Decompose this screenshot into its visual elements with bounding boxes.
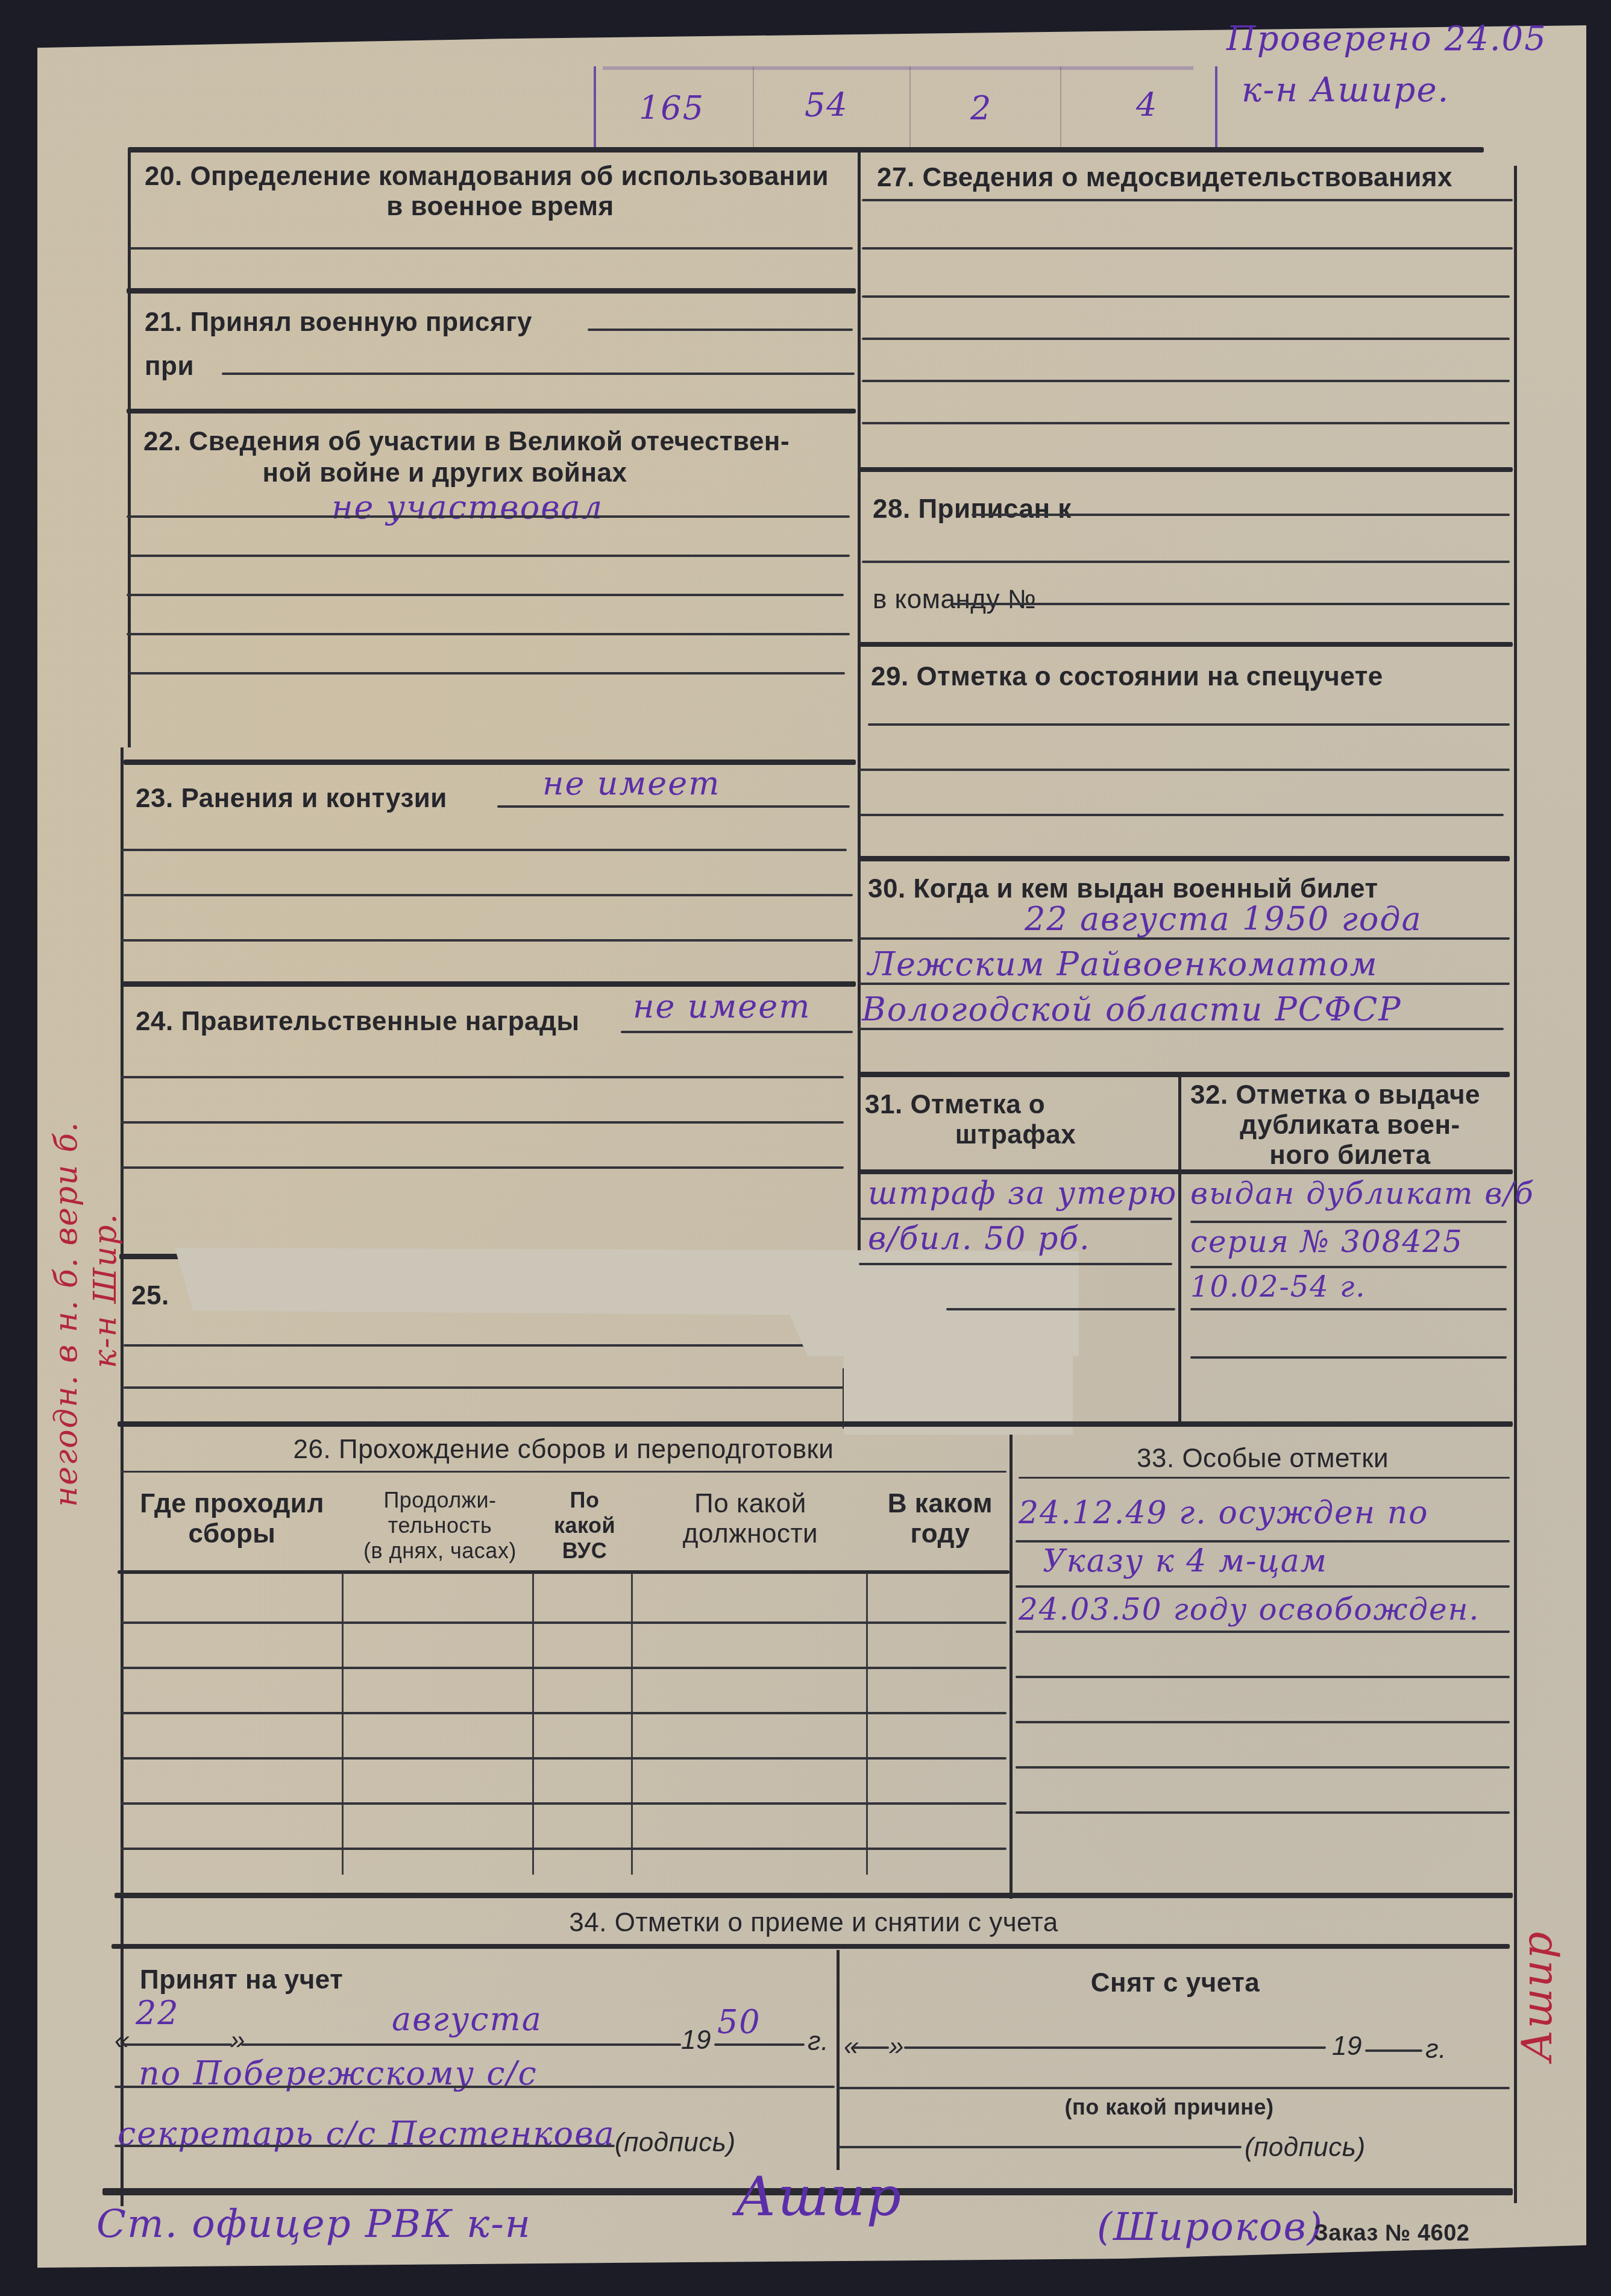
accepted-day: 22: [136, 1995, 180, 2031]
field-22-label: 22. Сведения об участии в Великой отечес…: [143, 427, 855, 457]
field-24-line-4: [121, 1166, 844, 1169]
field-30-value-region: Вологодской области РСФСР: [862, 992, 1402, 1028]
field-32-label-2: дубликата воен-: [1193, 1110, 1507, 1140]
f26-row-line-3: [121, 1712, 1006, 1714]
field-29-line-2: [859, 769, 1510, 771]
accepted-sign-line: [115, 2145, 615, 2147]
accepted-year-prefix: 19: [681, 2025, 711, 2055]
field-30-line-2: [859, 983, 1510, 985]
removed-month-line: [904, 2046, 1326, 2049]
accepted-year-end: г.: [808, 2027, 829, 2057]
field-32-line-1: [1190, 1221, 1507, 1223]
field-20-label: 20. Определение командования об использо…: [145, 162, 856, 192]
field-23-value: не имеет: [542, 766, 720, 802]
divider-20-21: [127, 288, 856, 294]
field-31-line-2: [859, 1263, 1172, 1265]
pasted-over-patch-2: [844, 1296, 1073, 1435]
divider-31-values: [859, 1169, 1513, 1174]
f26-row-line-6: [121, 1848, 1006, 1850]
frame-left-lower: [121, 747, 124, 2206]
field-32-value-1: выдан дубликат в/б: [1190, 1175, 1534, 1212]
removed-sign-label: (подпись): [1245, 2133, 1366, 2163]
divider-26-33: [118, 1421, 1513, 1427]
field-33-label: 33. Особые отметки: [1013, 1444, 1513, 1474]
field-21-at-label: при: [145, 351, 194, 382]
field-33-line-7: [1016, 1811, 1510, 1814]
field-20-line: [130, 247, 853, 250]
field-33-title-line: [1019, 1477, 1510, 1479]
field-30-value-issuer: Лежским Райвоенкоматом: [868, 946, 1378, 983]
field-24-line-2: [121, 1076, 844, 1078]
f26-col4-header: По какойдолжности: [636, 1489, 865, 1549]
left-margin-note-1: негодн. в н. б. вери б.: [48, 1121, 84, 1507]
field-28-line: [972, 514, 1510, 516]
field-32-line-3: [1190, 1308, 1507, 1310]
field-27-label: 27. Сведения о медосвидетельствованиях: [877, 163, 1452, 193]
field-22-line-2: [130, 555, 850, 557]
field-33-line-5: [1016, 1721, 1510, 1723]
removed-quote-close: »: [889, 2031, 904, 2062]
field-27-line-4: [862, 338, 1510, 340]
accepted-year-line: [714, 2043, 805, 2046]
removed-reason-line: [838, 2087, 1510, 2089]
field-33-value-1: 24.12.49 г. осужден по: [1019, 1495, 1428, 1531]
f26-col-divider-2: [532, 1573, 534, 1875]
field-32-line-4: [1190, 1356, 1507, 1359]
field-33-line-4: [1016, 1676, 1510, 1678]
field-33-line-1: [1016, 1540, 1510, 1543]
field-26-title-line: [121, 1471, 1006, 1473]
frame-left-upper: [128, 151, 131, 747]
field-30-line-3: [859, 1028, 1504, 1030]
removed-year-prefix: 19: [1332, 2031, 1362, 2062]
field-22-value: не участвовал: [331, 489, 603, 526]
field-33-line-3: [1016, 1631, 1510, 1633]
officer-name: (Широков): [1097, 2209, 1324, 2245]
field-21-at-line: [222, 373, 855, 375]
field-32-value-2: серия № 308425: [1190, 1224, 1463, 1260]
archive-fund: 165: [639, 90, 705, 127]
archive-sheet: 4: [1136, 87, 1158, 124]
accepted-quote-close: »: [230, 2025, 245, 2055]
field-28-line-2: [862, 561, 1510, 563]
frame-top: [128, 147, 1484, 153]
field-31-label: 31. Отметка о: [865, 1090, 1045, 1120]
field-26-title: 26. Прохождение сборов и переподготовки: [121, 1435, 1006, 1465]
officer-signature: Ашир: [735, 2179, 902, 2215]
field-27-line-5: [862, 380, 1510, 382]
accepted-day-line: [121, 2043, 232, 2046]
divider-22-23: [124, 760, 856, 765]
field-28-label: 28. Приписан к: [873, 494, 1072, 524]
field-22-line-1: [127, 515, 850, 518]
field-23-line-4: [121, 939, 853, 942]
accepted-month-line: [241, 2043, 681, 2046]
field-24-value: не имеет: [633, 989, 811, 1025]
f26-col1-header: Где проходилсборы: [121, 1489, 344, 1549]
divider-34-columns: [837, 1950, 840, 2170]
f26-row-line-2: [121, 1667, 1006, 1669]
field-23-label: 23. Ранения и контузии: [136, 784, 447, 814]
field-22-line-5: [128, 672, 845, 675]
field-27-line-3: [862, 295, 1510, 298]
field-30-value-date: 22 августа 1950 года: [1025, 901, 1422, 937]
accepted-sign-label: (подпись): [615, 2128, 736, 2158]
field-32-line-2: [1190, 1266, 1507, 1268]
f26-col-divider-3: [631, 1573, 633, 1875]
field-29-label: 29. Отметка о состоянии на спецучете: [871, 662, 1383, 692]
field-27-line-6: [862, 422, 1510, 424]
accepted-year-suffix: 50: [717, 2004, 761, 2040]
f26-col5-header: В какомгоду: [868, 1489, 1013, 1549]
field-33-line-6: [1016, 1766, 1510, 1769]
field-21-line: [588, 329, 853, 331]
field-27-line-1: [862, 199, 1513, 201]
field-33-line-2: [1016, 1585, 1510, 1588]
field-28-team-label: в команду №: [873, 585, 1036, 615]
field-22-line-3: [127, 594, 844, 596]
removed-label: Снят с учета: [841, 1968, 1510, 1998]
f26-header-divider: [118, 1570, 1010, 1574]
field-23-line-2: [121, 849, 847, 851]
field-20-label-2: в военное время: [145, 192, 856, 222]
field-24-label: 24. Правительственные награды: [136, 1007, 580, 1037]
field-34-title: 34. Отметки о приеме и снятии с учета: [115, 1908, 1513, 1938]
divider-34-title: [111, 1944, 1510, 1949]
field-25-line: [124, 1344, 847, 1347]
f26-col3-header: ПокакойВУС: [536, 1488, 633, 1564]
divider-27-28: [859, 467, 1513, 472]
print-order-number: Заказ № 4602: [1314, 2218, 1469, 2248]
f26-col2-header: Продолжи-тельность(в днях, часах): [344, 1488, 536, 1564]
f26-row-line-1: [121, 1621, 1006, 1624]
officer-note: Ст. офицер РВК к-н: [96, 2206, 532, 2242]
field-22-label-2: ной войне и других войнах: [143, 458, 746, 488]
divider-34-top: [115, 1893, 1513, 1898]
field-23-line: [497, 805, 850, 808]
column-divider: [858, 151, 861, 1266]
field-22-line-4: [127, 633, 850, 635]
right-margin-signature: Ашир: [1519, 1931, 1555, 2062]
f26-row-line-4: [121, 1757, 1006, 1760]
accepted-label: Принят на учет: [140, 1965, 343, 1995]
field-24-line: [621, 1031, 853, 1033]
divider-23-24: [121, 981, 856, 987]
field-33-value-2: Указу к 4 м-цам: [1043, 1543, 1328, 1579]
accepted-by-line: [115, 2086, 835, 2088]
field-24-line-3: [121, 1121, 844, 1124]
field-28-team-line: [952, 603, 1510, 605]
removed-year-line: [1365, 2049, 1422, 2052]
left-margin-note-2: к-н Шир.: [87, 1213, 124, 1368]
archive-file: 2: [970, 90, 992, 127]
f26-col-divider-4: [866, 1573, 868, 1875]
divider-21-22: [127, 409, 856, 414]
divider-31-32: [1178, 1076, 1181, 1426]
divider-28-29: [859, 642, 1513, 647]
archive-inventory: 54: [805, 87, 849, 124]
removed-year-end: г.: [1425, 2034, 1446, 2065]
removed-sign-line: [838, 2146, 1242, 2148]
field-27-line-2: [862, 247, 1513, 250]
accepted-quote-open: «: [115, 2025, 130, 2055]
field-32-label: 32. Отметка о выдаче: [1190, 1080, 1480, 1110]
field-31-label-2: штрафах: [865, 1120, 1166, 1150]
field-29-line-1: [868, 723, 1510, 726]
field-31-line-1: [859, 1218, 1172, 1220]
divider-30-31: [859, 1072, 1510, 1077]
field-32-value-3: 10.02-54 г.: [1190, 1269, 1366, 1305]
field-30-line-1: [859, 937, 1510, 940]
field-32-label-3: ного билета: [1193, 1140, 1507, 1171]
field-31-value-1: штраф за утерю: [868, 1175, 1177, 1212]
accepted-month: августа: [392, 2001, 542, 2037]
field-21-label: 21. Принял военную присягу: [145, 307, 532, 338]
divider-29-30: [859, 856, 1510, 861]
f26-col-divider-1: [342, 1573, 344, 1875]
removed-reason-label: (по какой причине): [838, 2095, 1501, 2120]
field-25-label: 25.: [131, 1281, 169, 1311]
field-31-value-2: в/бил. 50 рб.: [868, 1221, 1090, 1257]
field-23-line-3: [124, 894, 853, 896]
removed-day-line: [853, 2046, 889, 2049]
field-31-line-3: [946, 1308, 1175, 1310]
verified-signature: к-н Ашире.: [1242, 72, 1449, 109]
field-25-line-2: [124, 1386, 847, 1389]
field-29-line-3: [859, 814, 1504, 816]
field-33-value-3: 24.03.50 году освобожден.: [1019, 1591, 1480, 1628]
verified-note: Проверено 24.05: [1226, 21, 1547, 57]
f26-row-line-5: [121, 1802, 1006, 1805]
